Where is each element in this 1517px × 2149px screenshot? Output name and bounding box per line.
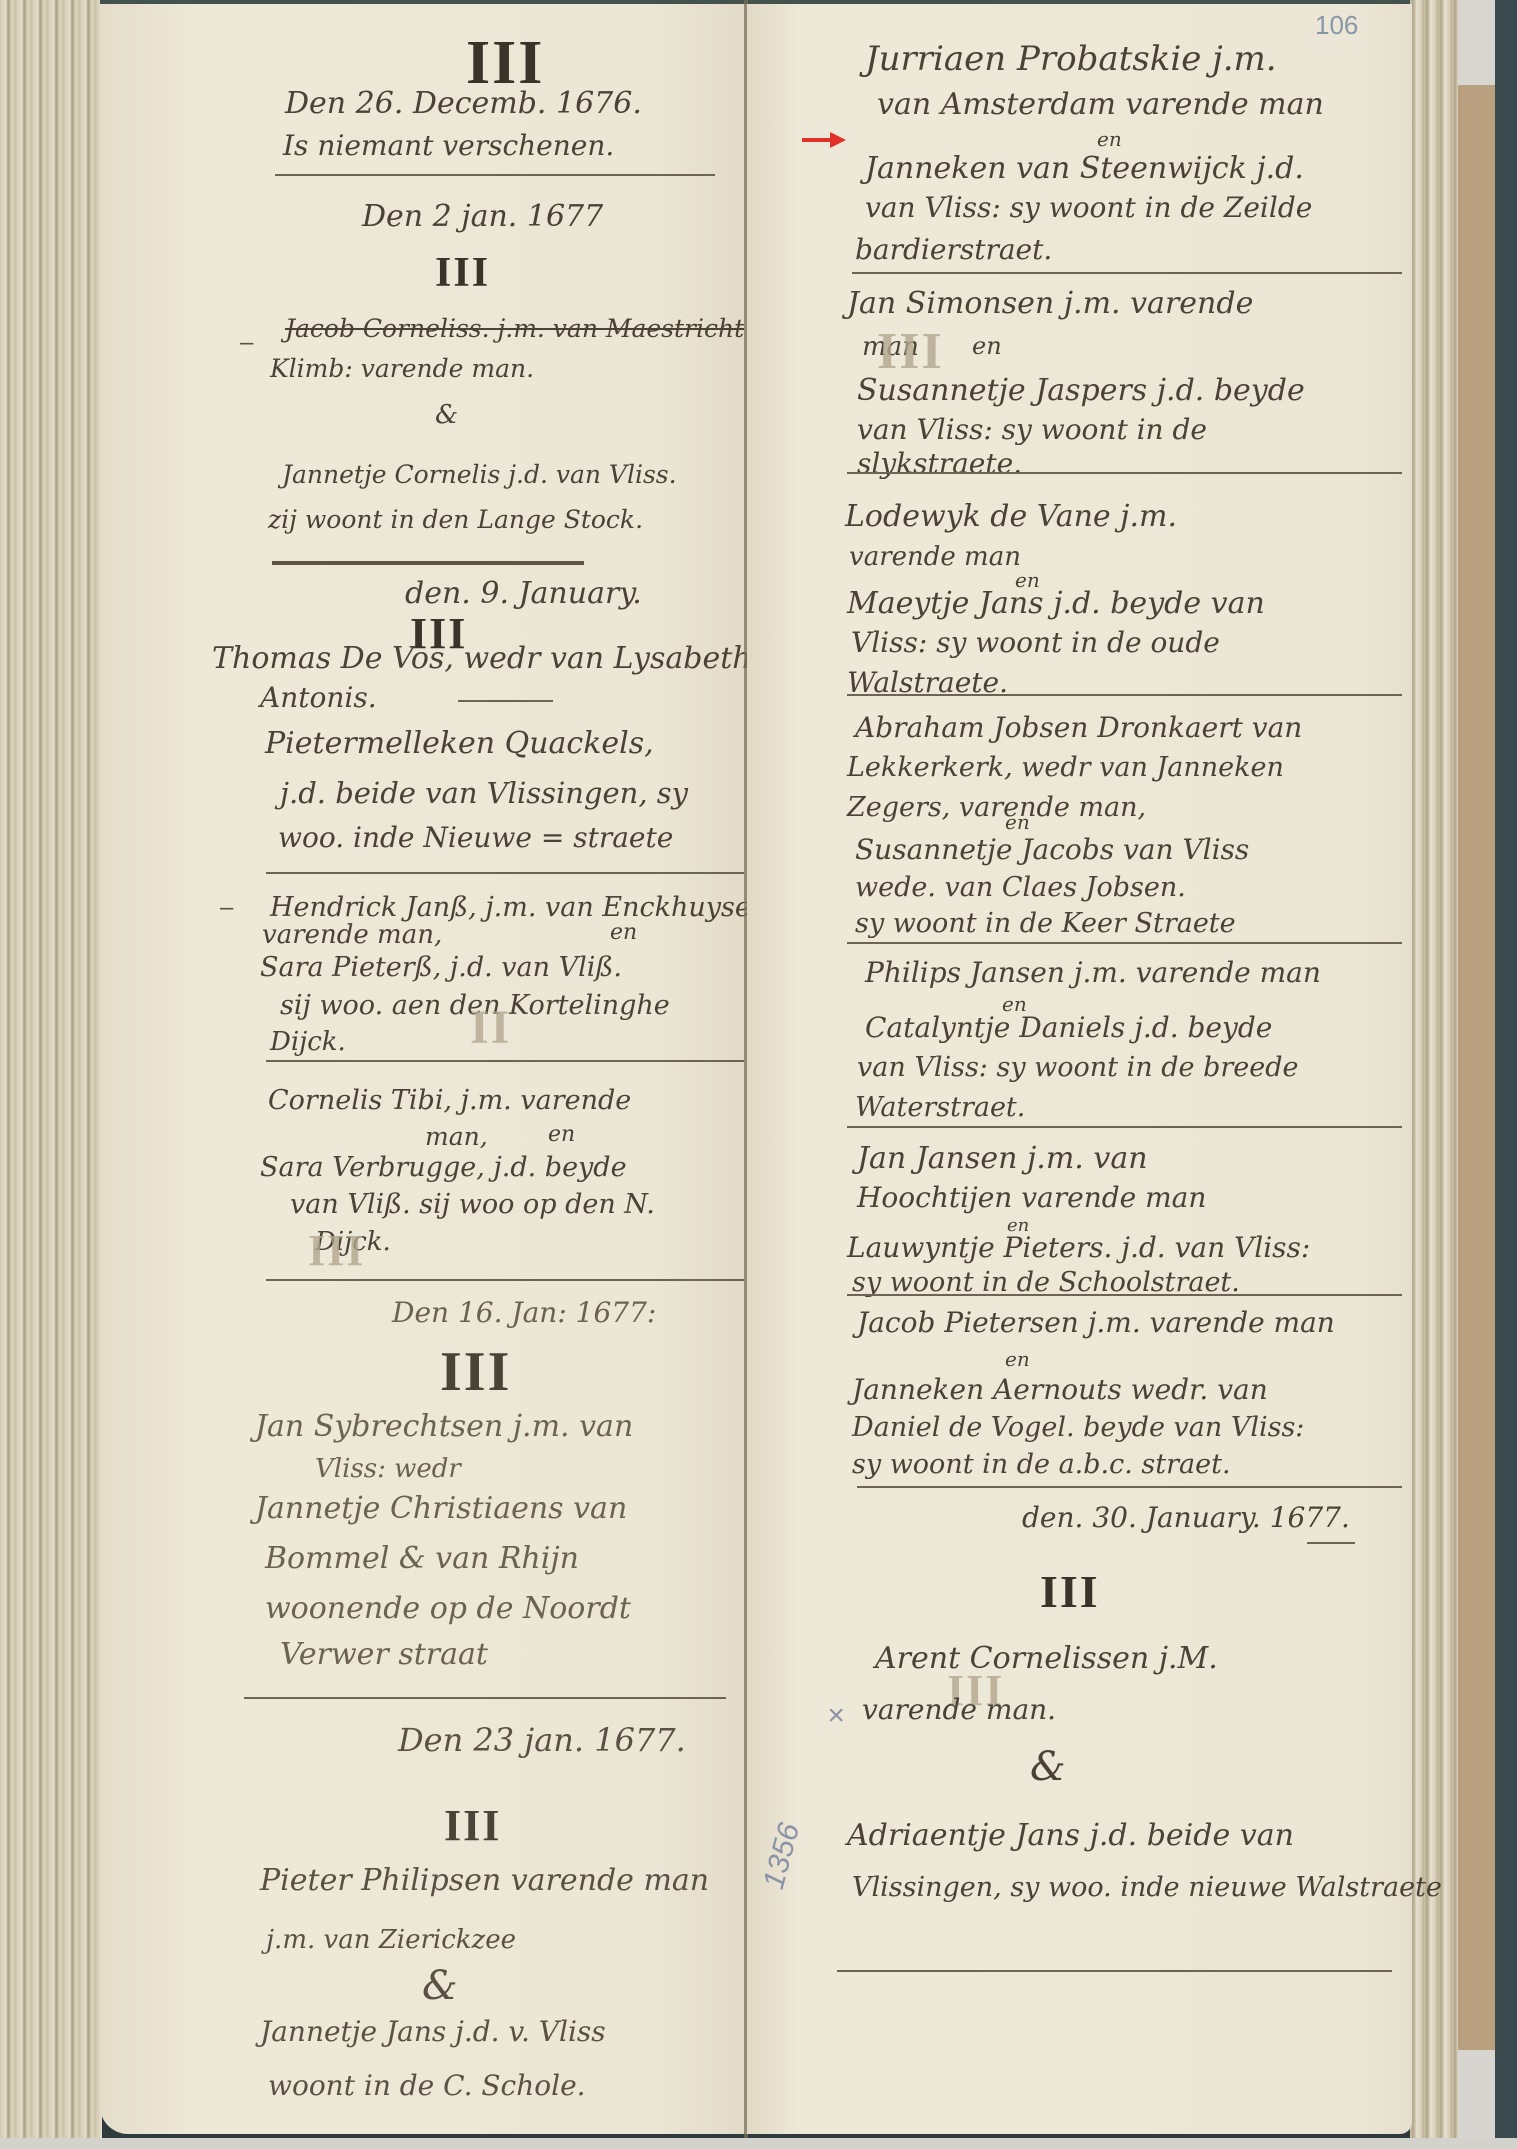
entry-date: den. 9. January. <box>405 579 642 609</box>
entry-line: Jan Sybrechtsen j.m. van <box>255 1412 633 1442</box>
bride-line: Catalyntje Daniels j.d. beyde <box>865 1014 1272 1042</box>
bride-line: Dijck. <box>270 1029 346 1055</box>
bride-line: woo. inde Nieuwe = straete <box>278 824 673 852</box>
bride-line: Walstraete. <box>847 669 1008 697</box>
groom-line: Hendrick Janß, j.m. van Enckhuysen <box>270 894 768 921</box>
entry-date: Den 2 jan. 1677 <box>362 202 603 232</box>
entry-divider <box>847 942 1402 944</box>
bride-line: van Vliss: sy woont in de Zeilde <box>865 194 1312 222</box>
entry-divider <box>857 1486 1402 1488</box>
red-marker-arrow-icon <box>802 132 846 148</box>
entry-divider <box>272 561 584 565</box>
right-page-stack-edges <box>1410 0 1458 2138</box>
groom-line: Lekkerkerk, wedr van Janneken <box>847 754 1284 781</box>
groom-line: Jan Simonsen j.m. varende <box>847 289 1253 319</box>
entry-line: Is niemant verschenen. <box>283 132 614 160</box>
groom-line: Antonis. <box>260 684 377 712</box>
bride-line: zij woont in den Lange Stock. <box>268 507 643 532</box>
scan-bottom-edge <box>0 2138 1517 2149</box>
groom-line: Lodewyk de Vane j.m. <box>845 502 1177 532</box>
bleed-through-numeral: II <box>470 1004 511 1052</box>
entry-divider <box>847 1294 1402 1296</box>
conjunction: en <box>972 334 1002 358</box>
entry-divider <box>837 1970 1392 1972</box>
bride-line: Waterstraet. <box>855 1094 1025 1121</box>
bride-line: Maeytje Jans j.d. beyde van <box>847 589 1265 619</box>
bride-line: Susannetje Jaspers j.d. beyde <box>857 376 1305 406</box>
bride-line: j.d. beide van Vlissingen, sy <box>280 779 688 808</box>
bleed-through-numeral: III <box>308 1229 365 1273</box>
bride-line: Adriaentje Jans j.d. beide van <box>847 1821 1294 1851</box>
groom-line: man, <box>425 1124 488 1149</box>
right-page: 106 Jurriaen Probatskie j.m. van Amsterd… <box>747 4 1412 2134</box>
bride-line: Jannetje Cornelis j.d. van Vliss. <box>282 462 677 487</box>
bride-line: Vliss: sy woont in de oude <box>851 629 1220 657</box>
bride-line: Vlissingen, sy woo. inde nieuwe Walstrae… <box>852 1874 1442 1901</box>
entry-date: Den 23 jan. 1677. <box>398 1724 686 1756</box>
entry-line: Verwer straat <box>280 1640 488 1670</box>
groom-line: Abraham Jobsen Dronkaert van <box>855 714 1302 742</box>
entry-line: Vliss: wedr <box>315 1456 461 1482</box>
entry-divider <box>847 1126 1402 1128</box>
entry-line: woonende op de Noordt <box>265 1594 631 1624</box>
entry-divider <box>266 1279 744 1281</box>
conjunction: en <box>1005 1349 1030 1369</box>
entry-divider <box>847 694 1402 696</box>
groom-line: van Amsterdam varende man <box>877 90 1324 120</box>
bride-line: Susannetje Jacobs van Vliss <box>855 836 1249 864</box>
bride-line: Janneken Aernouts wedr. van <box>852 1376 1268 1404</box>
groom-line: varende man. <box>862 1696 1056 1724</box>
bride-line: woont in de C. Schole. <box>268 2072 586 2100</box>
banns-numeral: III <box>466 32 544 94</box>
bride-line: Sara Verbrugge, j.d. beyde <box>260 1154 627 1181</box>
banns-numeral: III <box>444 1804 501 1848</box>
left-page: III Den 26. Decemb. 1676. Is niemant ver… <box>100 4 747 2134</box>
banns-numeral: III <box>435 252 490 294</box>
bride-line: wede. van Claes Jobsen. <box>855 874 1186 901</box>
entry-date: den. 30. January. 1677. <box>1022 1504 1350 1532</box>
bride-line: sy woont in de Schoolstraet. <box>852 1269 1240 1296</box>
conjunction: en <box>548 1124 575 1146</box>
conjunction: en <box>1097 129 1122 149</box>
pencil-cross-mark: × <box>827 1699 845 1733</box>
bride-line: bardierstraet. <box>855 236 1052 264</box>
left-page-stack-edges <box>0 0 102 2138</box>
groom-line: Jurriaen Probatskie j.m. <box>865 42 1277 76</box>
bride-line: van Vliss: sy woont in de breede <box>857 1054 1298 1081</box>
conjunction: & <box>435 402 458 428</box>
entry-date: Den 16. Jan: 1677: <box>392 1299 656 1327</box>
bleed-through-numeral: III <box>877 326 944 378</box>
bride-line: Lauwyntje Pieters. j.d. van Vliss: <box>847 1234 1310 1262</box>
groom-line: Hoochtijen varende man <box>857 1184 1206 1212</box>
entry-divider <box>266 1060 744 1062</box>
conjunction: en <box>610 922 637 944</box>
short-rule <box>458 700 553 702</box>
bride-line: Pietermelleken Quackels, <box>265 729 654 759</box>
scanner-frame-edge <box>1495 0 1517 2149</box>
entry-divider <box>275 174 715 176</box>
bride-line: Sara Pieterß, j.d. van Vliß. <box>260 954 622 981</box>
bride-line: sy woont in de a.b.c. straet. <box>852 1451 1231 1478</box>
bride-line: sy woont in de Keer Straete <box>855 910 1236 937</box>
groom-line: j.m. van Zierickzee <box>266 1927 516 1953</box>
entry-divider <box>847 472 1402 474</box>
pencil-number: 1356 <box>757 1820 807 1893</box>
bride-line: Janneken van Steenwijck j.d. <box>865 154 1304 184</box>
groom-line: varende man <box>849 544 1021 570</box>
groom-line: Jacob Pietersen j.m. varende man <box>857 1309 1335 1337</box>
entry-date: Den 26. Decemb. 1676. <box>285 89 642 119</box>
groom-line: varende man, <box>262 922 442 948</box>
banns-numeral: III <box>440 1344 511 1400</box>
groom-line: Klimb: varende man. <box>270 356 534 381</box>
groom-line: Philips Jansen j.m. varende man <box>865 959 1321 987</box>
conjunction: en <box>1005 812 1030 832</box>
groom-line: Arent Cornelissen j.M. <box>875 1644 1218 1674</box>
entry-divider <box>266 872 744 874</box>
bride-line: Jannetje Jans j.d. v. Vliss <box>260 2018 606 2046</box>
groom-line: Jacob Corneliss. j.m. van Maestricht <box>285 316 744 341</box>
groom-line: Thomas De Vos, wedr van Lysabeth <box>212 644 752 674</box>
groom-line: Zegers, varende man, <box>847 794 1146 821</box>
entry-divider <box>852 272 1402 274</box>
folio-number: 106 <box>1315 10 1358 41</box>
year-underline <box>1307 1542 1355 1544</box>
groom-line: Jan Jansen j.m. van <box>857 1144 1148 1174</box>
margin-dash: – <box>240 329 253 357</box>
entry-line: Bommel & van Rhijn <box>265 1544 579 1574</box>
conjunction: & <box>1030 1747 1066 1787</box>
bride-line: van Vliß. sij woo op den N. <box>290 1191 655 1218</box>
bride-line: van Vliss: sy woont in de <box>857 416 1207 444</box>
cardboard-backing <box>1455 85 1495 2055</box>
conjunction: & <box>422 1966 458 2006</box>
bride-line: Daniel de Vogel. beyde van Vliss: <box>852 1414 1304 1441</box>
scan-backing-bottom <box>1455 2050 1495 2149</box>
groom-line: Cornelis Tibi, j.m. varende <box>268 1087 631 1114</box>
entry-line: Jannetje Christiaens van <box>255 1494 627 1524</box>
banns-numeral: III <box>1040 1569 1100 1615</box>
entry-divider <box>244 1697 726 1699</box>
margin-dash: – <box>220 894 233 922</box>
open-register-book: III Den 26. Decemb. 1676. Is niemant ver… <box>0 0 1517 2149</box>
groom-line: Pieter Philipsen varende man <box>260 1866 709 1896</box>
